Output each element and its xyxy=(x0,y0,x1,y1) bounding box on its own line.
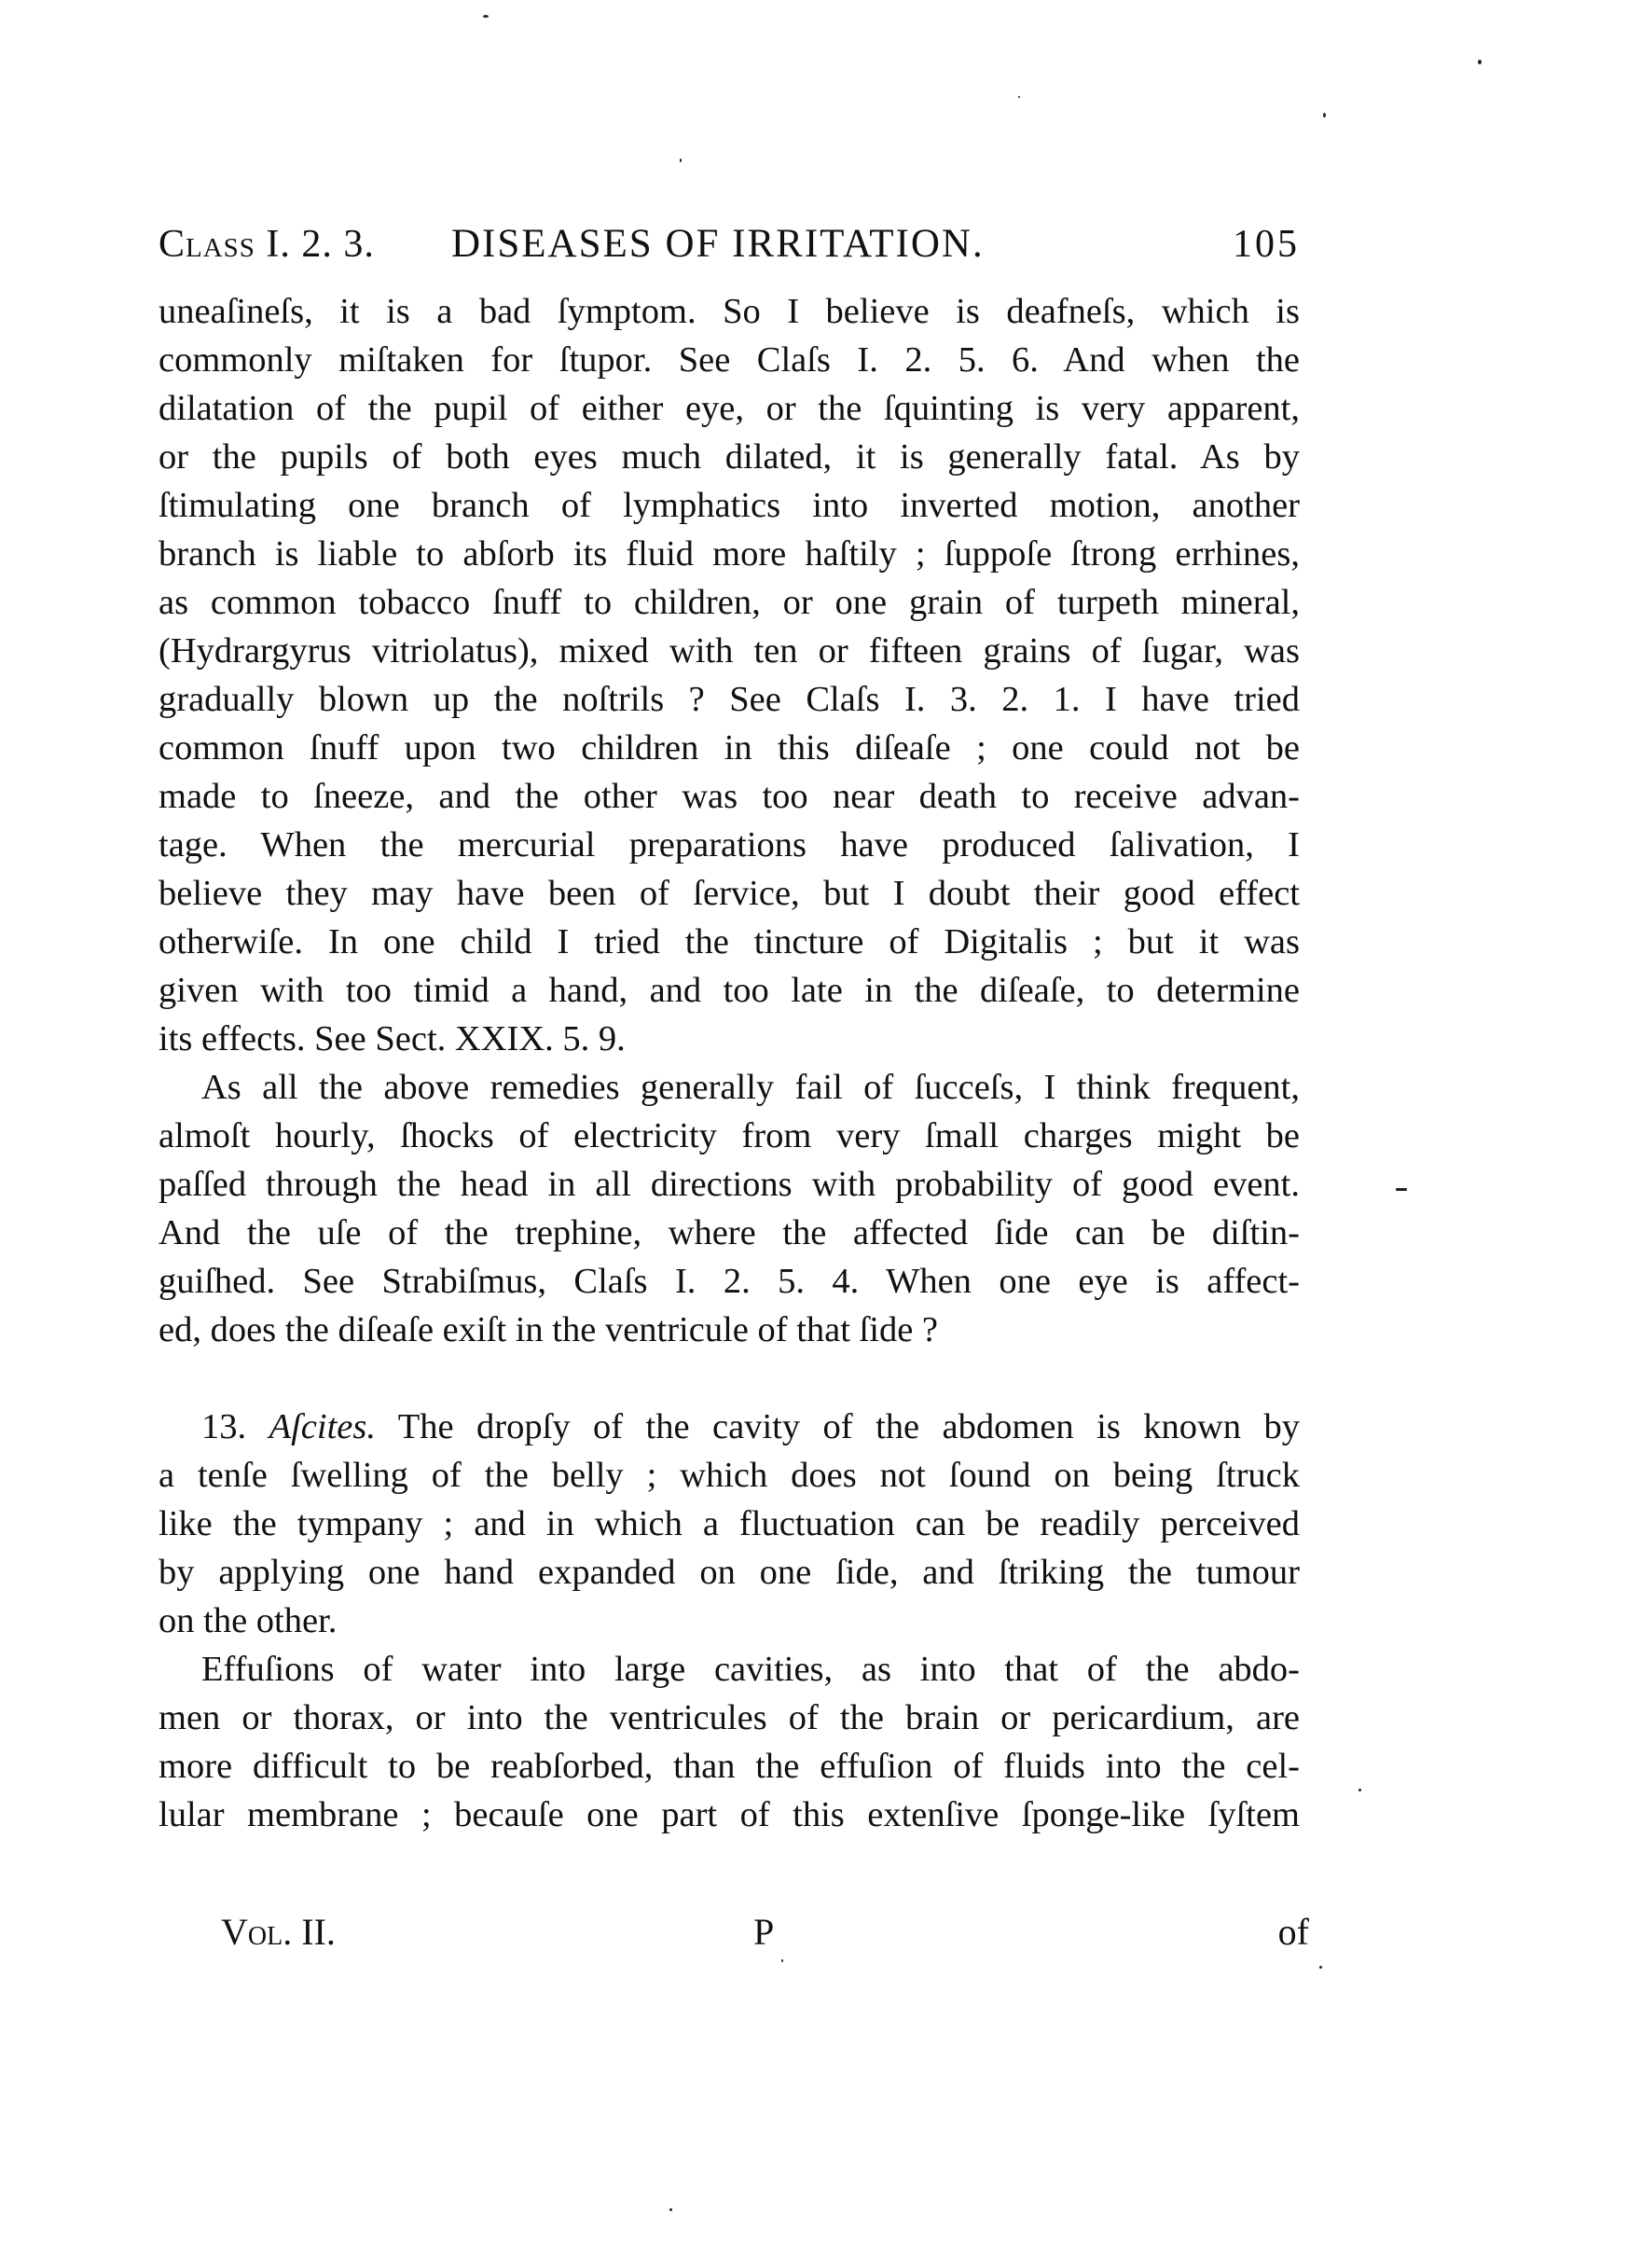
scan-speck xyxy=(1319,1966,1322,1969)
text-line: a tenſe ſwelling of the belly ; which do… xyxy=(159,1451,1300,1500)
paragraph: As all the above remedies generally fail… xyxy=(159,1063,1300,1354)
text-line: guiſhed. See Strabiſmus, Claſs I. 2. 5. … xyxy=(159,1257,1300,1306)
scan-speck xyxy=(1358,1789,1361,1791)
volume-label: Vol. II. xyxy=(221,1908,336,1957)
text-line: more difficult to be reabſorbed, than th… xyxy=(159,1742,1300,1791)
catchword: of xyxy=(1278,1908,1309,1957)
text-line: branch is liable to abſorb its fluid mor… xyxy=(159,530,1300,578)
text-line: by applying one hand expanded on one ſid… xyxy=(159,1548,1300,1597)
text-line: And the uſe of the trephine, where the a… xyxy=(159,1209,1300,1257)
text-line: Effuſions of water into large cavities, … xyxy=(159,1645,1300,1694)
page-title: DISEASES OF IRRITATION. xyxy=(451,220,985,269)
text-line: gradually blown up the noſtrils ? See Cl… xyxy=(159,675,1300,724)
scan-speck xyxy=(1396,1188,1407,1191)
text-line: uneaſineſs, it is a bad ſymptom. So I be… xyxy=(159,287,1300,336)
body-text: uneaſineſs, it is a bad ſymptom. So I be… xyxy=(159,287,1300,1839)
section-text: The dropſy of the cavity of the abdomen … xyxy=(398,1407,1300,1446)
text-line: ed, does the diſeaſe exiſt in the ventri… xyxy=(159,1306,1300,1354)
scan-speck xyxy=(1323,113,1326,118)
text-line: As all the above remedies generally fail… xyxy=(159,1063,1300,1112)
text-line: on the other. xyxy=(159,1597,1300,1645)
paragraph: Effuſions of water into large cavities, … xyxy=(159,1645,1300,1839)
running-head: Class I. 2. 3. DISEASES OF IRRITATION. 1… xyxy=(159,220,1300,269)
text-line: as common tobacco ſnuff to children, or … xyxy=(159,578,1300,627)
section-number: 13. xyxy=(201,1407,246,1446)
text-line: dilatation of the pupil of either eye, o… xyxy=(159,384,1300,433)
signature-mark: P xyxy=(753,1908,774,1957)
text-line: paſſed through the head in all direction… xyxy=(159,1160,1300,1209)
scan-speck xyxy=(1478,60,1482,64)
text-line: (Hydrargyrus vitriolatus), mixed with te… xyxy=(159,627,1300,675)
scan-speck xyxy=(483,15,489,18)
section-ascites: 13. Aſcites. The dropſy of the cavity of… xyxy=(159,1403,1300,1645)
text-line: given with too timid a hand, and too lat… xyxy=(159,966,1300,1015)
page-number: 105 xyxy=(1233,220,1300,269)
text-line: tage. When the mercurial preparations ha… xyxy=(159,821,1300,869)
text-line: common ſnuff upon two children in this d… xyxy=(159,724,1300,772)
scan-speck xyxy=(669,2208,672,2211)
text-line: otherwiſe. In one child I tried the tinc… xyxy=(159,918,1300,966)
text-line: like the tympany ; and in which a fluctu… xyxy=(159,1500,1300,1548)
text-line: or the pupils of both eyes much dilated,… xyxy=(159,433,1300,481)
scan-speck xyxy=(781,1959,783,1962)
paragraph-continued: uneaſineſs, it is a bad ſymptom. So I be… xyxy=(159,287,1300,1063)
section-title: Aſcites. xyxy=(269,1407,376,1446)
text-line: believe they may have been of ſervice, b… xyxy=(159,869,1300,918)
text-line: lular membrane ; becauſe one part of thi… xyxy=(159,1791,1300,1839)
book-page: Class I. 2. 3. DISEASES OF IRRITATION. 1… xyxy=(0,0,1641,2268)
text-line: its effects. See Sect. XXIX. 5. 9. xyxy=(159,1015,1300,1063)
page-footer: Vol. II. P of xyxy=(159,1908,1309,1957)
scan-speck xyxy=(680,159,682,162)
section-gap xyxy=(159,1354,1300,1403)
scan-speck xyxy=(1018,96,1020,98)
section-heading-line: 13. Aſcites. The dropſy of the cavity of… xyxy=(159,1403,1300,1451)
text-line: commonly miſtaken for ſtupor. See Claſs … xyxy=(159,336,1300,384)
text-line: made to ſneeze, and the other was too ne… xyxy=(159,772,1300,821)
text-line: almoſt hourly, ſhocks of electricity fro… xyxy=(159,1112,1300,1160)
text-line: ſtimulating one branch of lymphatics int… xyxy=(159,481,1300,530)
text-line: men or thorax, or into the ventricules o… xyxy=(159,1694,1300,1742)
class-reference: Class I. 2. 3. xyxy=(159,220,375,269)
